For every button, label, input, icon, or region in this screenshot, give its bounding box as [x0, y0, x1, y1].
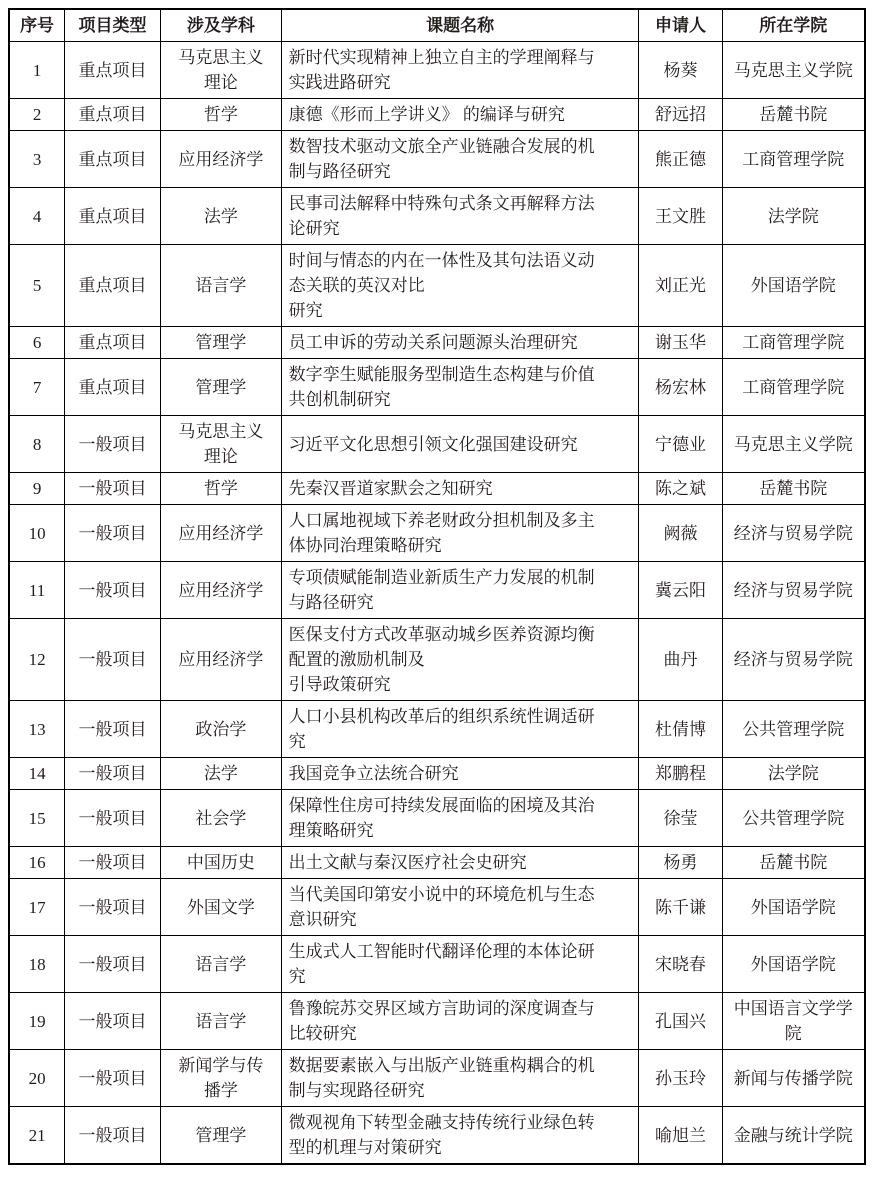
cell-applicant: 舒远招	[639, 99, 722, 131]
table-row: 16一般项目中国历史出土文献与秦汉医疗社会史研究杨勇岳麓书院	[9, 847, 865, 879]
table-row: 6重点项目管理学员工申诉的劳动关系问题源头治理研究谢玉华工商管理学院	[9, 327, 865, 359]
cell-no: 3	[9, 131, 65, 188]
cell-type: 重点项目	[65, 327, 161, 359]
cell-no: 8	[9, 416, 65, 473]
cell-discipline: 哲学	[160, 99, 281, 131]
cell-college: 工商管理学院	[722, 131, 865, 188]
cell-college: 岳麓书院	[722, 473, 865, 505]
cell-applicant: 杜倩博	[639, 701, 722, 758]
cell-no: 10	[9, 505, 65, 562]
column-header-applicant: 申请人	[639, 9, 722, 42]
cell-college: 新闻与传播学院	[722, 1050, 865, 1107]
cell-discipline: 法学	[160, 758, 281, 790]
cell-title: 人口属地视域下养老财政分担机制及多主 体协同治理策略研究	[281, 505, 639, 562]
cell-discipline: 法学	[160, 188, 281, 245]
cell-discipline: 中国历史	[160, 847, 281, 879]
cell-title: 生成式人工智能时代翻译伦理的本体论研 究	[281, 936, 639, 993]
cell-college: 金融与统计学院	[722, 1107, 865, 1165]
cell-type: 一般项目	[65, 879, 161, 936]
cell-title: 新时代实现精神上独立自主的学理阐释与 实践进路研究	[281, 42, 639, 99]
table-row: 18一般项目语言学生成式人工智能时代翻译伦理的本体论研 究宋晓春外国语学院	[9, 936, 865, 993]
cell-applicant: 阙薇	[639, 505, 722, 562]
table-row: 14一般项目法学我国竞争立法统合研究郑鹏程法学院	[9, 758, 865, 790]
cell-type: 一般项目	[65, 936, 161, 993]
cell-type: 一般项目	[65, 505, 161, 562]
cell-title: 数字孪生赋能服务型制造生态构建与价值 共创机制研究	[281, 359, 639, 416]
cell-no: 11	[9, 562, 65, 619]
table-row: 13一般项目政治学人口小县机构改革后的组织系统性调适研 究杜倩博公共管理学院	[9, 701, 865, 758]
cell-no: 20	[9, 1050, 65, 1107]
cell-title: 人口小县机构改革后的组织系统性调适研 究	[281, 701, 639, 758]
cell-college: 岳麓书院	[722, 99, 865, 131]
cell-type: 重点项目	[65, 131, 161, 188]
cell-title: 数智技术驱动文旅全产业链融合发展的机 制与路径研究	[281, 131, 639, 188]
table-row: 9一般项目哲学先秦汉晋道家默会之知研究陈之斌岳麓书院	[9, 473, 865, 505]
cell-type: 一般项目	[65, 701, 161, 758]
cell-college: 外国语学院	[722, 245, 865, 327]
project-table: 序号项目类型涉及学科课题名称申请人所在学院 1重点项目马克思主义 理论新时代实现…	[8, 8, 866, 1165]
cell-no: 6	[9, 327, 65, 359]
table-row: 11一般项目应用经济学专项债赋能制造业新质生产力发展的机制 与路径研究冀云阳经济…	[9, 562, 865, 619]
cell-discipline: 新闻学与传 播学	[160, 1050, 281, 1107]
cell-college: 公共管理学院	[722, 790, 865, 847]
cell-college: 马克思主义学院	[722, 42, 865, 99]
table-header-row: 序号项目类型涉及学科课题名称申请人所在学院	[9, 9, 865, 42]
cell-type: 重点项目	[65, 359, 161, 416]
cell-discipline: 语言学	[160, 936, 281, 993]
cell-college: 经济与贸易学院	[722, 505, 865, 562]
cell-title: 微观视角下转型金融支持传统行业绿色转 型的机理与对策研究	[281, 1107, 639, 1165]
cell-applicant: 冀云阳	[639, 562, 722, 619]
cell-type: 一般项目	[65, 790, 161, 847]
cell-discipline: 应用经济学	[160, 131, 281, 188]
cell-no: 12	[9, 619, 65, 701]
cell-type: 一般项目	[65, 619, 161, 701]
cell-applicant: 宁德业	[639, 416, 722, 473]
cell-applicant: 郑鹏程	[639, 758, 722, 790]
table-row: 10一般项目应用经济学人口属地视域下养老财政分担机制及多主 体协同治理策略研究阙…	[9, 505, 865, 562]
cell-applicant: 孙玉玲	[639, 1050, 722, 1107]
cell-type: 一般项目	[65, 993, 161, 1050]
cell-no: 5	[9, 245, 65, 327]
table-row: 7重点项目管理学数字孪生赋能服务型制造生态构建与价值 共创机制研究杨宏林工商管理…	[9, 359, 865, 416]
cell-applicant: 杨勇	[639, 847, 722, 879]
cell-discipline: 管理学	[160, 1107, 281, 1165]
cell-discipline: 管理学	[160, 359, 281, 416]
cell-applicant: 熊正德	[639, 131, 722, 188]
column-header-type: 项目类型	[65, 9, 161, 42]
cell-type: 一般项目	[65, 416, 161, 473]
cell-title: 保障性住房可持续发展面临的困境及其治 理策略研究	[281, 790, 639, 847]
cell-no: 9	[9, 473, 65, 505]
cell-title: 专项债赋能制造业新质生产力发展的机制 与路径研究	[281, 562, 639, 619]
table-row: 3重点项目应用经济学数智技术驱动文旅全产业链融合发展的机 制与路径研究熊正德工商…	[9, 131, 865, 188]
cell-no: 21	[9, 1107, 65, 1165]
table-row: 4重点项目法学民事司法解释中特殊句式条文再解释方法 论研究王文胜法学院	[9, 188, 865, 245]
cell-college: 中国语言文学学 院	[722, 993, 865, 1050]
cell-discipline: 政治学	[160, 701, 281, 758]
cell-applicant: 刘正光	[639, 245, 722, 327]
table-row: 5重点项目语言学时间与情态的内在一体性及其句法语义动 态关联的英汉对比 研究刘正…	[9, 245, 865, 327]
cell-title: 员工申诉的劳动关系问题源头治理研究	[281, 327, 639, 359]
cell-applicant: 杨葵	[639, 42, 722, 99]
cell-no: 4	[9, 188, 65, 245]
cell-college: 岳麓书院	[722, 847, 865, 879]
cell-discipline: 语言学	[160, 245, 281, 327]
cell-college: 外国语学院	[722, 879, 865, 936]
cell-no: 15	[9, 790, 65, 847]
cell-type: 重点项目	[65, 42, 161, 99]
cell-title: 我国竞争立法统合研究	[281, 758, 639, 790]
cell-title: 习近平文化思想引领文化强国建设研究	[281, 416, 639, 473]
cell-applicant: 杨宏林	[639, 359, 722, 416]
cell-college: 外国语学院	[722, 936, 865, 993]
table-row: 8一般项目马克思主义 理论习近平文化思想引领文化强国建设研究宁德业马克思主义学院	[9, 416, 865, 473]
cell-discipline: 马克思主义 理论	[160, 416, 281, 473]
cell-discipline: 应用经济学	[160, 505, 281, 562]
cell-title: 医保支付方式改革驱动城乡医养资源均衡 配置的激励机制及 引导政策研究	[281, 619, 639, 701]
cell-type: 一般项目	[65, 847, 161, 879]
cell-college: 马克思主义学院	[722, 416, 865, 473]
cell-discipline: 哲学	[160, 473, 281, 505]
cell-college: 工商管理学院	[722, 359, 865, 416]
cell-no: 17	[9, 879, 65, 936]
table-row: 15一般项目社会学保障性住房可持续发展面临的困境及其治 理策略研究徐莹公共管理学…	[9, 790, 865, 847]
cell-no: 14	[9, 758, 65, 790]
cell-discipline: 外国文学	[160, 879, 281, 936]
cell-no: 19	[9, 993, 65, 1050]
cell-title: 鲁豫皖苏交界区域方言助词的深度调查与 比较研究	[281, 993, 639, 1050]
cell-applicant: 宋晓春	[639, 936, 722, 993]
cell-applicant: 王文胜	[639, 188, 722, 245]
table-row: 21一般项目管理学微观视角下转型金融支持传统行业绿色转 型的机理与对策研究喻旭兰…	[9, 1107, 865, 1165]
cell-applicant: 喻旭兰	[639, 1107, 722, 1165]
cell-type: 重点项目	[65, 245, 161, 327]
cell-type: 重点项目	[65, 188, 161, 245]
cell-type: 一般项目	[65, 473, 161, 505]
cell-no: 13	[9, 701, 65, 758]
cell-no: 18	[9, 936, 65, 993]
cell-discipline: 马克思主义 理论	[160, 42, 281, 99]
cell-type: 一般项目	[65, 1107, 161, 1165]
cell-title: 民事司法解释中特殊句式条文再解释方法 论研究	[281, 188, 639, 245]
column-header-no: 序号	[9, 9, 65, 42]
cell-type: 一般项目	[65, 1050, 161, 1107]
column-header-title: 课题名称	[281, 9, 639, 42]
table-row: 2重点项目哲学康德《形而上学讲义》 的编译与研究舒远招岳麓书院	[9, 99, 865, 131]
cell-applicant: 曲丹	[639, 619, 722, 701]
cell-discipline: 语言学	[160, 993, 281, 1050]
cell-discipline: 应用经济学	[160, 562, 281, 619]
cell-no: 1	[9, 42, 65, 99]
table-row: 1重点项目马克思主义 理论新时代实现精神上独立自主的学理阐释与 实践进路研究杨葵…	[9, 42, 865, 99]
table-head: 序号项目类型涉及学科课题名称申请人所在学院	[9, 9, 865, 42]
cell-title: 先秦汉晋道家默会之知研究	[281, 473, 639, 505]
cell-applicant: 陈千谦	[639, 879, 722, 936]
cell-type: 重点项目	[65, 99, 161, 131]
cell-applicant: 孔国兴	[639, 993, 722, 1050]
table-row: 20一般项目新闻学与传 播学数据要素嵌入与出版产业链重构耦合的机 制与实现路径研…	[9, 1050, 865, 1107]
cell-college: 法学院	[722, 758, 865, 790]
cell-no: 2	[9, 99, 65, 131]
cell-no: 7	[9, 359, 65, 416]
cell-type: 一般项目	[65, 758, 161, 790]
cell-discipline: 社会学	[160, 790, 281, 847]
cell-college: 公共管理学院	[722, 701, 865, 758]
table-body: 1重点项目马克思主义 理论新时代实现精神上独立自主的学理阐释与 实践进路研究杨葵…	[9, 42, 865, 1165]
cell-title: 出土文献与秦汉医疗社会史研究	[281, 847, 639, 879]
document-page: 序号项目类型涉及学科课题名称申请人所在学院 1重点项目马克思主义 理论新时代实现…	[0, 0, 874, 1179]
cell-no: 16	[9, 847, 65, 879]
column-header-discipline: 涉及学科	[160, 9, 281, 42]
cell-college: 工商管理学院	[722, 327, 865, 359]
cell-applicant: 徐莹	[639, 790, 722, 847]
table-row: 19一般项目语言学鲁豫皖苏交界区域方言助词的深度调查与 比较研究孔国兴中国语言文…	[9, 993, 865, 1050]
cell-college: 法学院	[722, 188, 865, 245]
table-row: 17一般项目外国文学当代美国印第安小说中的环境危机与生态 意识研究陈千谦外国语学…	[9, 879, 865, 936]
cell-college: 经济与贸易学院	[722, 619, 865, 701]
cell-title: 康德《形而上学讲义》 的编译与研究	[281, 99, 639, 131]
table-row: 12一般项目应用经济学医保支付方式改革驱动城乡医养资源均衡 配置的激励机制及 引…	[9, 619, 865, 701]
cell-discipline: 管理学	[160, 327, 281, 359]
cell-title: 时间与情态的内在一体性及其句法语义动 态关联的英汉对比 研究	[281, 245, 639, 327]
cell-applicant: 谢玉华	[639, 327, 722, 359]
cell-title: 数据要素嵌入与出版产业链重构耦合的机 制与实现路径研究	[281, 1050, 639, 1107]
cell-college: 经济与贸易学院	[722, 562, 865, 619]
column-header-college: 所在学院	[722, 9, 865, 42]
cell-title: 当代美国印第安小说中的环境危机与生态 意识研究	[281, 879, 639, 936]
cell-type: 一般项目	[65, 562, 161, 619]
cell-discipline: 应用经济学	[160, 619, 281, 701]
cell-applicant: 陈之斌	[639, 473, 722, 505]
